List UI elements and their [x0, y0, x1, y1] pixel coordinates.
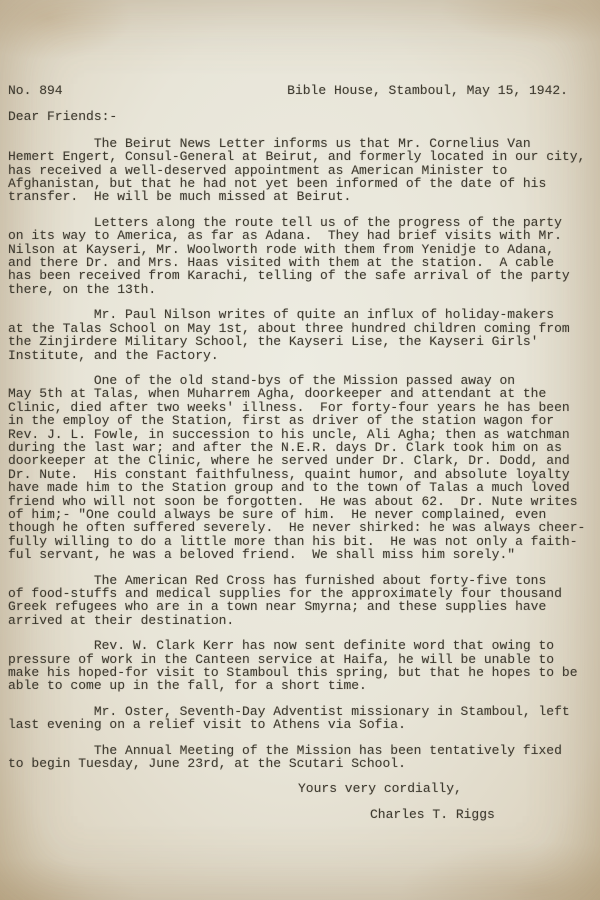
- paragraph-party-route: Letters along the route tell us of the p…: [8, 216, 600, 296]
- closing: Yours very cordially,: [298, 782, 600, 795]
- signature: Charles T. Riggs: [370, 808, 600, 821]
- letter-page: No. 894 Bible House, Stamboul, May 15, 1…: [0, 0, 600, 900]
- paragraph-talas-school: Mr. Paul Nilson writes of quite an influ…: [8, 308, 600, 362]
- letter-dateline: Bible House, Stamboul, May 15, 1942.: [287, 84, 568, 97]
- paragraph-clark-kerr: Rev. W. Clark Kerr has now sent definite…: [8, 639, 600, 693]
- paragraph-red-cross: The American Red Cross has furnished abo…: [8, 574, 600, 628]
- paragraph-beirut-news: The Beirut News Letter informs us that M…: [8, 137, 600, 204]
- paragraph-muharrem-agha: One of the old stand-bys of the Mission …: [8, 374, 600, 562]
- paragraph-oster: Mr. Oster, Seventh-Day Adventist mission…: [8, 705, 600, 732]
- paragraph-annual-meeting: The Annual Meeting of the Mission has be…: [8, 744, 600, 771]
- letter-number: No. 894: [8, 84, 63, 97]
- letter-header: No. 894 Bible House, Stamboul, May 15, 1…: [8, 84, 600, 97]
- salutation: Dear Friends:-: [8, 110, 600, 123]
